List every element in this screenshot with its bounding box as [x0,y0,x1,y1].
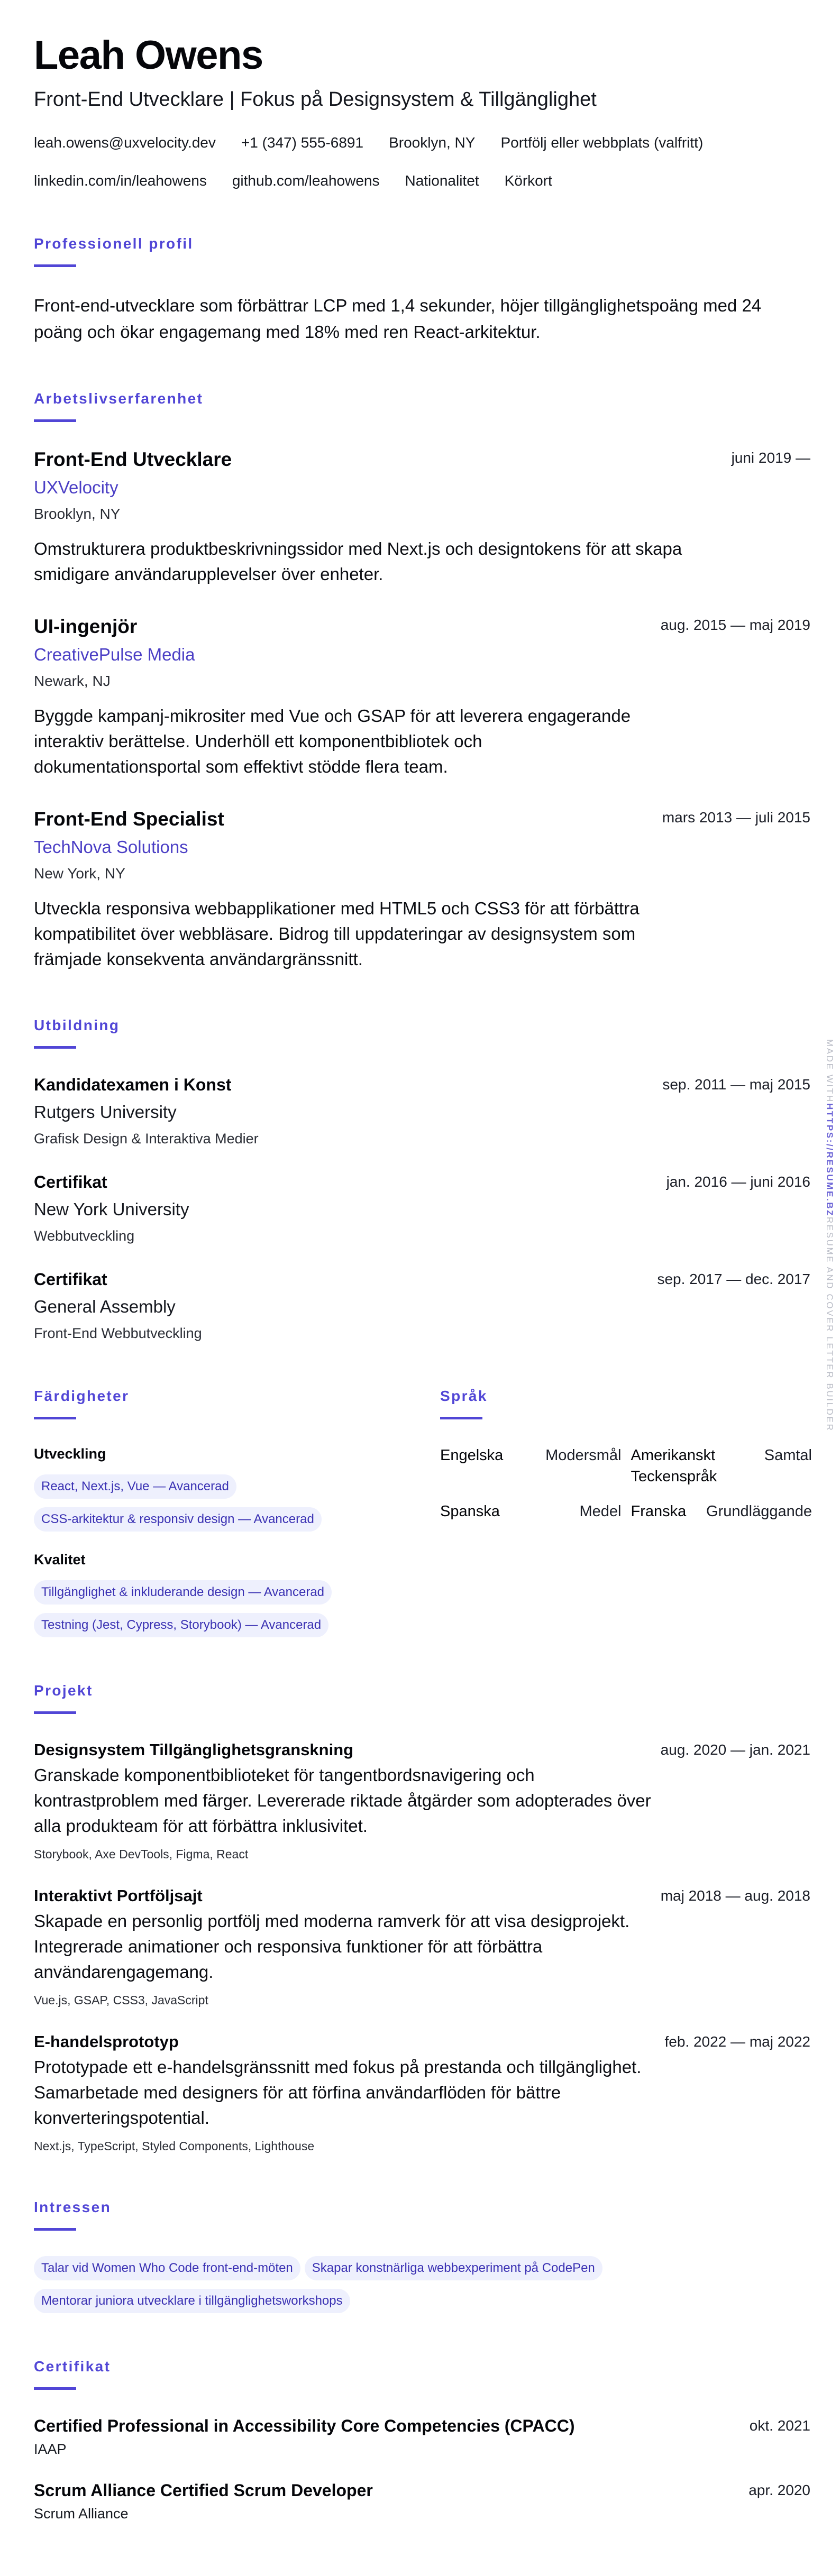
interest-chip: Talar vid Women Who Code front-end-möten [34,2256,300,2280]
certification-issuer: IAAP [34,2440,810,2459]
field-of-study: Grafisk Design & Interaktiva Medier [34,1129,810,1148]
certification-name: Certified Professional in Accessibility … [34,2415,574,2436]
project-tech-stack: Vue.js, GSAP, CSS3, JavaScript [34,1992,810,2008]
experience-section: Arbetslivserfarenhet Front-End Utvecklar… [34,390,810,972]
job-title: Front-End Specialist [34,807,224,831]
profile-section: Professionell profil Front-end-utvecklar… [34,235,810,345]
language-level: Modersmål [545,1445,621,1466]
language-item: Spanska Medel [440,1501,622,1522]
certification-entry: Scrum Alliance Certified Scrum Developer… [34,2480,810,2523]
candidate-headline: Front-End Utvecklare | Fokus på Designsy… [34,87,810,112]
section-title-experience: Arbetslivserfarenhet [34,390,810,408]
skill-chip: Tillgänglighet & inkluderande design — A… [34,1580,332,1605]
project-name: Designsystem Tillgänglighetsgranskning [34,1739,353,1761]
skills-section: Färdigheter Utveckling React, Next.js, V… [34,1387,440,1656]
project-name: Interaktivt Portföljsajt [34,1885,203,1906]
degree-title: Certifikat [34,1269,107,1290]
skills-languages-row: Färdigheter Utveckling React, Next.js, V… [34,1387,810,1656]
section-title-skills: Färdigheter [34,1387,440,1405]
certification-name: Scrum Alliance Certified Scrum Developer [34,2480,373,2501]
section-title-profile: Professionell profil [34,235,810,253]
section-title-languages: Språk [440,1387,810,1405]
section-divider [440,1417,482,1419]
project-description: Granskade komponentbiblioteket för tange… [34,1763,658,1839]
education-entry: Kandidatexamen i Konst sep. 2011 — maj 2… [34,1074,810,1148]
project-tech-stack: Storybook, Axe DevTools, Figma, React [34,1846,810,1862]
education-entry: Certifikat sep. 2017 — dec. 2017 General… [34,1269,810,1343]
job-dates: mars 2013 — juli 2015 [662,808,810,827]
certification-date: apr. 2020 [748,2481,810,2500]
job-description: Byggde kampanj-mikrositer med Vue och GS… [34,703,647,780]
resume-page: Leah Owens Front-End Utvecklare | Fokus … [0,0,840,2576]
candidate-name: Leah Owens [34,33,810,78]
section-divider [34,1711,76,1714]
contact-linkedin[interactable]: linkedin.com/in/leahowens [34,171,207,190]
resume-header: Leah Owens Front-End Utvecklare | Fokus … [34,33,810,190]
section-divider [34,1046,76,1049]
project-description: Prototypade ett e-handelsgränssnitt med … [34,2055,658,2131]
language-name: Franska [631,1501,687,1522]
education-dates: sep. 2011 — maj 2015 [662,1075,810,1094]
language-item: Amerikanskt Teckenspråk Samtal [631,1445,812,1487]
certification-issuer: Scrum Alliance [34,2504,810,2523]
projects-section: Projekt Designsystem Tillgänglighetsgran… [34,1682,810,2154]
job-dates: aug. 2015 — maj 2019 [661,616,810,635]
field-of-study: Front-End Webbutveckling [34,1324,810,1343]
language-name: Engelska [440,1445,503,1466]
project-entry: Interaktivt Portföljsajt maj 2018 — aug.… [34,1885,810,2008]
section-divider [34,2228,76,2231]
skill-chip: Testning (Jest, Cypress, Storybook) — Av… [34,1613,328,1637]
project-name: E-handelsprototyp [34,2031,179,2052]
language-level: Medel [580,1501,622,1522]
experience-entry: Front-End Utvecklare juni 2019 — UXVeloc… [34,447,810,587]
contact-portfolio[interactable]: Portfölj eller webbplats (valfritt) [500,133,703,152]
project-entry: E-handelsprototyp feb. 2022 — maj 2022 P… [34,2031,810,2154]
language-item: Franska Grundläggande [631,1501,812,1522]
contact-nationality: Nationalitet [405,171,479,190]
contact-email[interactable]: leah.owens@uxvelocity.dev [34,133,216,152]
project-dates: aug. 2020 — jan. 2021 [661,1740,810,1759]
resume-content: Leah Owens Front-End Utvecklare | Fokus … [34,33,810,2523]
section-title-education: Utbildning [34,1016,810,1034]
school-name: New York University [34,1198,810,1221]
section-title-certifications: Certifikat [34,2358,810,2376]
section-divider [34,2387,76,2390]
language-name: Spanska [440,1501,500,1522]
project-dates: feb. 2022 — maj 2022 [664,2032,810,2051]
contact-location: Brooklyn, NY [389,133,475,152]
section-title-projects: Projekt [34,1682,810,1700]
field-of-study: Webbutveckling [34,1226,810,1245]
section-divider [34,264,76,267]
section-divider [34,419,76,422]
language-name: Amerikanskt Teckenspråk [631,1445,710,1487]
education-dates: sep. 2017 — dec. 2017 [657,1270,810,1289]
job-title: Front-End Utvecklare [34,447,232,472]
job-location: Brooklyn, NY [34,505,810,524]
watermark-suffix: RESUME AND COVER LETTER BUILDER [825,1217,835,1432]
job-description: Utveckla responsiva webbapplikationer me… [34,896,647,972]
job-location: Newark, NJ [34,672,810,691]
job-location: New York, NY [34,864,810,883]
company-name: UXVelocity [34,476,810,499]
degree-title: Certifikat [34,1171,107,1193]
watermark-link[interactable]: HTTPS://RESUME.BZ [825,1103,835,1217]
school-name: General Assembly [34,1295,810,1318]
interests-section: Intressen Talar vid Women Who Code front… [34,2198,810,2313]
skill-group: Kvalitet Tillgänglighet & inkluderande d… [34,1551,440,1637]
education-entry: Certifikat jan. 2016 — juni 2016 New Yor… [34,1171,810,1245]
contact-github[interactable]: github.com/leahowens [232,171,380,190]
project-tech-stack: Next.js, TypeScript, Styled Components, … [34,2138,810,2154]
skill-group-title: Utveckling [34,1445,440,1463]
education-dates: jan. 2016 — juni 2016 [666,1172,810,1191]
skill-chip: React, Next.js, Vue — Avancerad [34,1474,236,1499]
project-dates: maj 2018 — aug. 2018 [661,1886,810,1905]
project-description: Skapade en personlig portfölj med modern… [34,1909,658,1985]
skill-group-title: Kvalitet [34,1551,440,1569]
contact-phone[interactable]: +1 (347) 555-6891 [241,133,363,152]
job-title: UI-ingenjör [34,615,137,639]
company-name: CreativePulse Media [34,643,810,666]
section-divider [34,1417,76,1419]
skill-group: Utveckling React, Next.js, Vue — Avancer… [34,1445,440,1532]
company-name: TechNova Solutions [34,836,810,859]
education-section: Utbildning Kandidatexamen i Konst sep. 2… [34,1016,810,1343]
job-dates: juni 2019 — [732,448,810,467]
job-description: Omstrukturera produktbeskrivningssidor m… [34,536,743,587]
experience-entry: UI-ingenjör aug. 2015 — maj 2019 Creativ… [34,615,810,780]
interest-chip-list: Talar vid Women Who Code front-end-möten… [34,2256,722,2313]
language-level: Grundläggande [706,1501,812,1522]
section-title-interests: Intressen [34,2198,810,2216]
certification-entry: Certified Professional in Accessibility … [34,2415,810,2459]
certification-date: okt. 2021 [750,2416,810,2435]
school-name: Rutgers University [34,1101,810,1124]
interest-chip: Mentorar juniora utvecklare i tillgängli… [34,2289,350,2313]
watermark-prefix: MADE WITH [825,1039,835,1103]
experience-entry: Front-End Specialist mars 2013 — juli 20… [34,807,810,972]
contact-list: leah.owens@uxvelocity.dev +1 (347) 555-6… [34,133,796,190]
project-entry: Designsystem Tillgänglighetsgranskning a… [34,1739,810,1862]
degree-title: Kandidatexamen i Konst [34,1074,231,1095]
profile-summary: Front-end-utvecklare som förbättrar LCP … [34,292,806,345]
skill-chip: CSS-arkitektur & responsiv design — Avan… [34,1507,322,1532]
languages-section: Språk Engelska Modersmål Amerikanskt Tec… [440,1387,810,1656]
contact-drivers-license: Körkort [505,171,552,190]
language-level: Samtal [764,1445,812,1466]
certifications-section: Certifikat Certified Professional in Acc… [34,2358,810,2523]
language-item: Engelska Modersmål [440,1445,622,1487]
interest-chip: Skapar konstnärliga webbexperiment på Co… [305,2256,602,2280]
builder-watermark: MADE WITHHTTPS://RESUME.BZRESUME AND COV… [819,1039,840,1473]
